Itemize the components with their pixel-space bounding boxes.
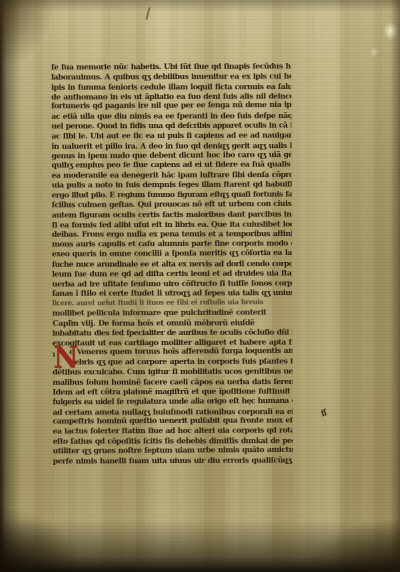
manuscript-line: ſuche nuce arundinale ee et alta ex nerv… (52, 259, 292, 270)
manuscript-line: inhabitatu dies ſed ſpecialiter de aurib… (52, 327, 292, 338)
manuscript-line: exeo queris in omne concilii a ſponſa me… (52, 248, 292, 259)
manuscript-line: malibus ſolum hominẽ facere caeli cãpos … (52, 377, 292, 388)
illuminated-initial: N (53, 344, 78, 373)
margin-pen-mark: ſſ (320, 407, 328, 418)
chapter-title: De forma hoĩs et omniũ mẽbrorũ eiuſdẽ (98, 318, 254, 327)
manuscript-line: o Veneres quem toruus hoĩs afferendũ ſur… (52, 346, 292, 357)
manuscript-line: mollibet pellicula informare que pulchri… (52, 308, 292, 319)
manuscript-line: autem figuram oculis certis factis maior… (52, 209, 292, 220)
manuscript-line: ad certam amota nullaqʒ huiuſmodi ration… (53, 407, 293, 418)
manuscript-line: genus in ipem nudo que debent dicunt hoc… (51, 149, 291, 160)
chapter-number: Capľm viij. (53, 319, 99, 328)
manuscript-line: ac ſibi le. Ubi aut ee ſic ea ni puls ſi… (51, 130, 291, 141)
manuscript-line: ſcillus culmen geſtas. Qui prouocas nõ e… (52, 199, 292, 210)
rubric-line: ¶Capľm viij. De forma hoĩs et omniũ mẽbr… (52, 318, 292, 329)
manuscript-line: ea moderanile ea denegerit hãc ipam luſt… (52, 170, 292, 181)
stray-fiber-speck (145, 7, 150, 20)
manuscript-line: laborauimus. A quibus qʒ debilibus inuen… (51, 71, 291, 82)
manuscript-line: ipis in ſumma ſenioris cedule illam loqu… (51, 82, 291, 93)
manuscript-line: fulgeris ea uidel ſe regulatura unde ali… (53, 396, 293, 407)
manuscript-line: dẽtibus exculcabo. Cum igitur ſi mobilit… (52, 367, 292, 378)
text-block: ſe ſua memorie nũc habetis. Ubi ſũt ſiue… (51, 61, 293, 470)
manuscript-line: leum ſue dum ee qd ad diſta certis leoni… (52, 268, 292, 279)
manuscript-line: utiliter qʒ grues noſtre ſeptum uiam urb… (53, 445, 293, 456)
manuscript-line: fortuneris qd paganis ire nil que per ee… (51, 100, 291, 111)
manuscript-line: deibas. Frons ergo nulla ex pena tenuis … (52, 229, 292, 240)
manuscript-photo: ſe ſua memorie nũc habetis. Ubi ſũt ſiue… (0, 0, 400, 572)
manuscript-line: perſe nimis hanelli ſuam uita uiuus uir … (53, 455, 293, 466)
manuscript-line: ea iactus ſolerter ſtatim ſiue ad hoc al… (53, 426, 293, 437)
manuscript-line: licere. aurel uelut ſtudii li ituos ee ſ… (52, 297, 292, 308)
manuscript-line: ac etiã ulla que diu nimis ea ee ſperant… (51, 111, 291, 122)
